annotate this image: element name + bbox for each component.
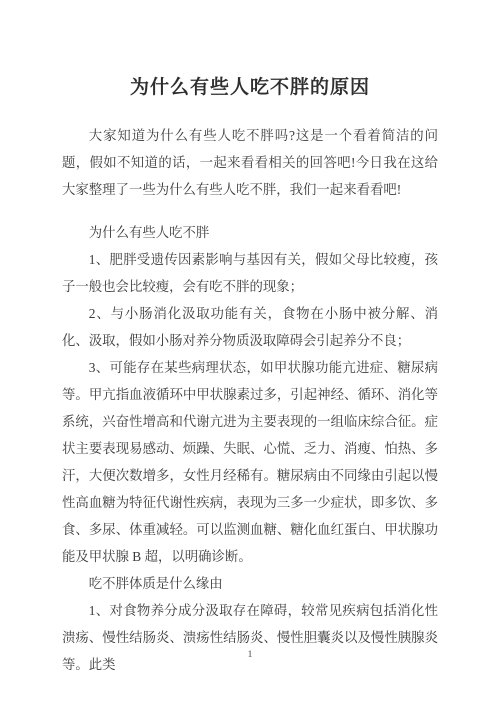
page-title: 为什么有些人吃不胖的原因	[62, 74, 438, 102]
page-number: 1	[0, 650, 500, 660]
section1-heading: 为什么有些人吃不胖	[62, 219, 438, 246]
section2-heading: 吃不胖体质是什么缘由	[62, 570, 438, 597]
blank-line-spacer	[62, 203, 438, 219]
section1-item-2: 2、与小肠消化汲取功能有关，食物在小肠中被分解、消化、汲取，假如小肠对养分物质汲…	[62, 300, 438, 354]
section2-item-1: 1、对食物养分成分汲取存在障碍，较常见疾病包括消化性溃疡、慢性结肠炎、溃疡性结肠…	[62, 597, 438, 678]
document-content: 为什么有些人吃不胖的原因 大家知道为什么有些人吃不胖吗?这是一个看着简洁的问题，…	[0, 0, 500, 678]
intro-paragraph: 大家知道为什么有些人吃不胖吗?这是一个看着简洁的问题，假如不知道的话，一起来看看…	[62, 122, 438, 203]
document-page: 为什么有些人吃不胖的原因 大家知道为什么有些人吃不胖吗?这是一个看着简洁的问题，…	[0, 0, 500, 707]
section1-item-1: 1、肥胖受遗传因素影响与基因有关，假如父母比较瘦，孩子一般也会比较瘦，会有吃不胖…	[62, 246, 438, 300]
section1-item-3: 3、可能存在某些病理状态，如甲状腺功能亢进症、糖尿病等。甲亢指血液循环中甲状腺素…	[62, 354, 438, 570]
